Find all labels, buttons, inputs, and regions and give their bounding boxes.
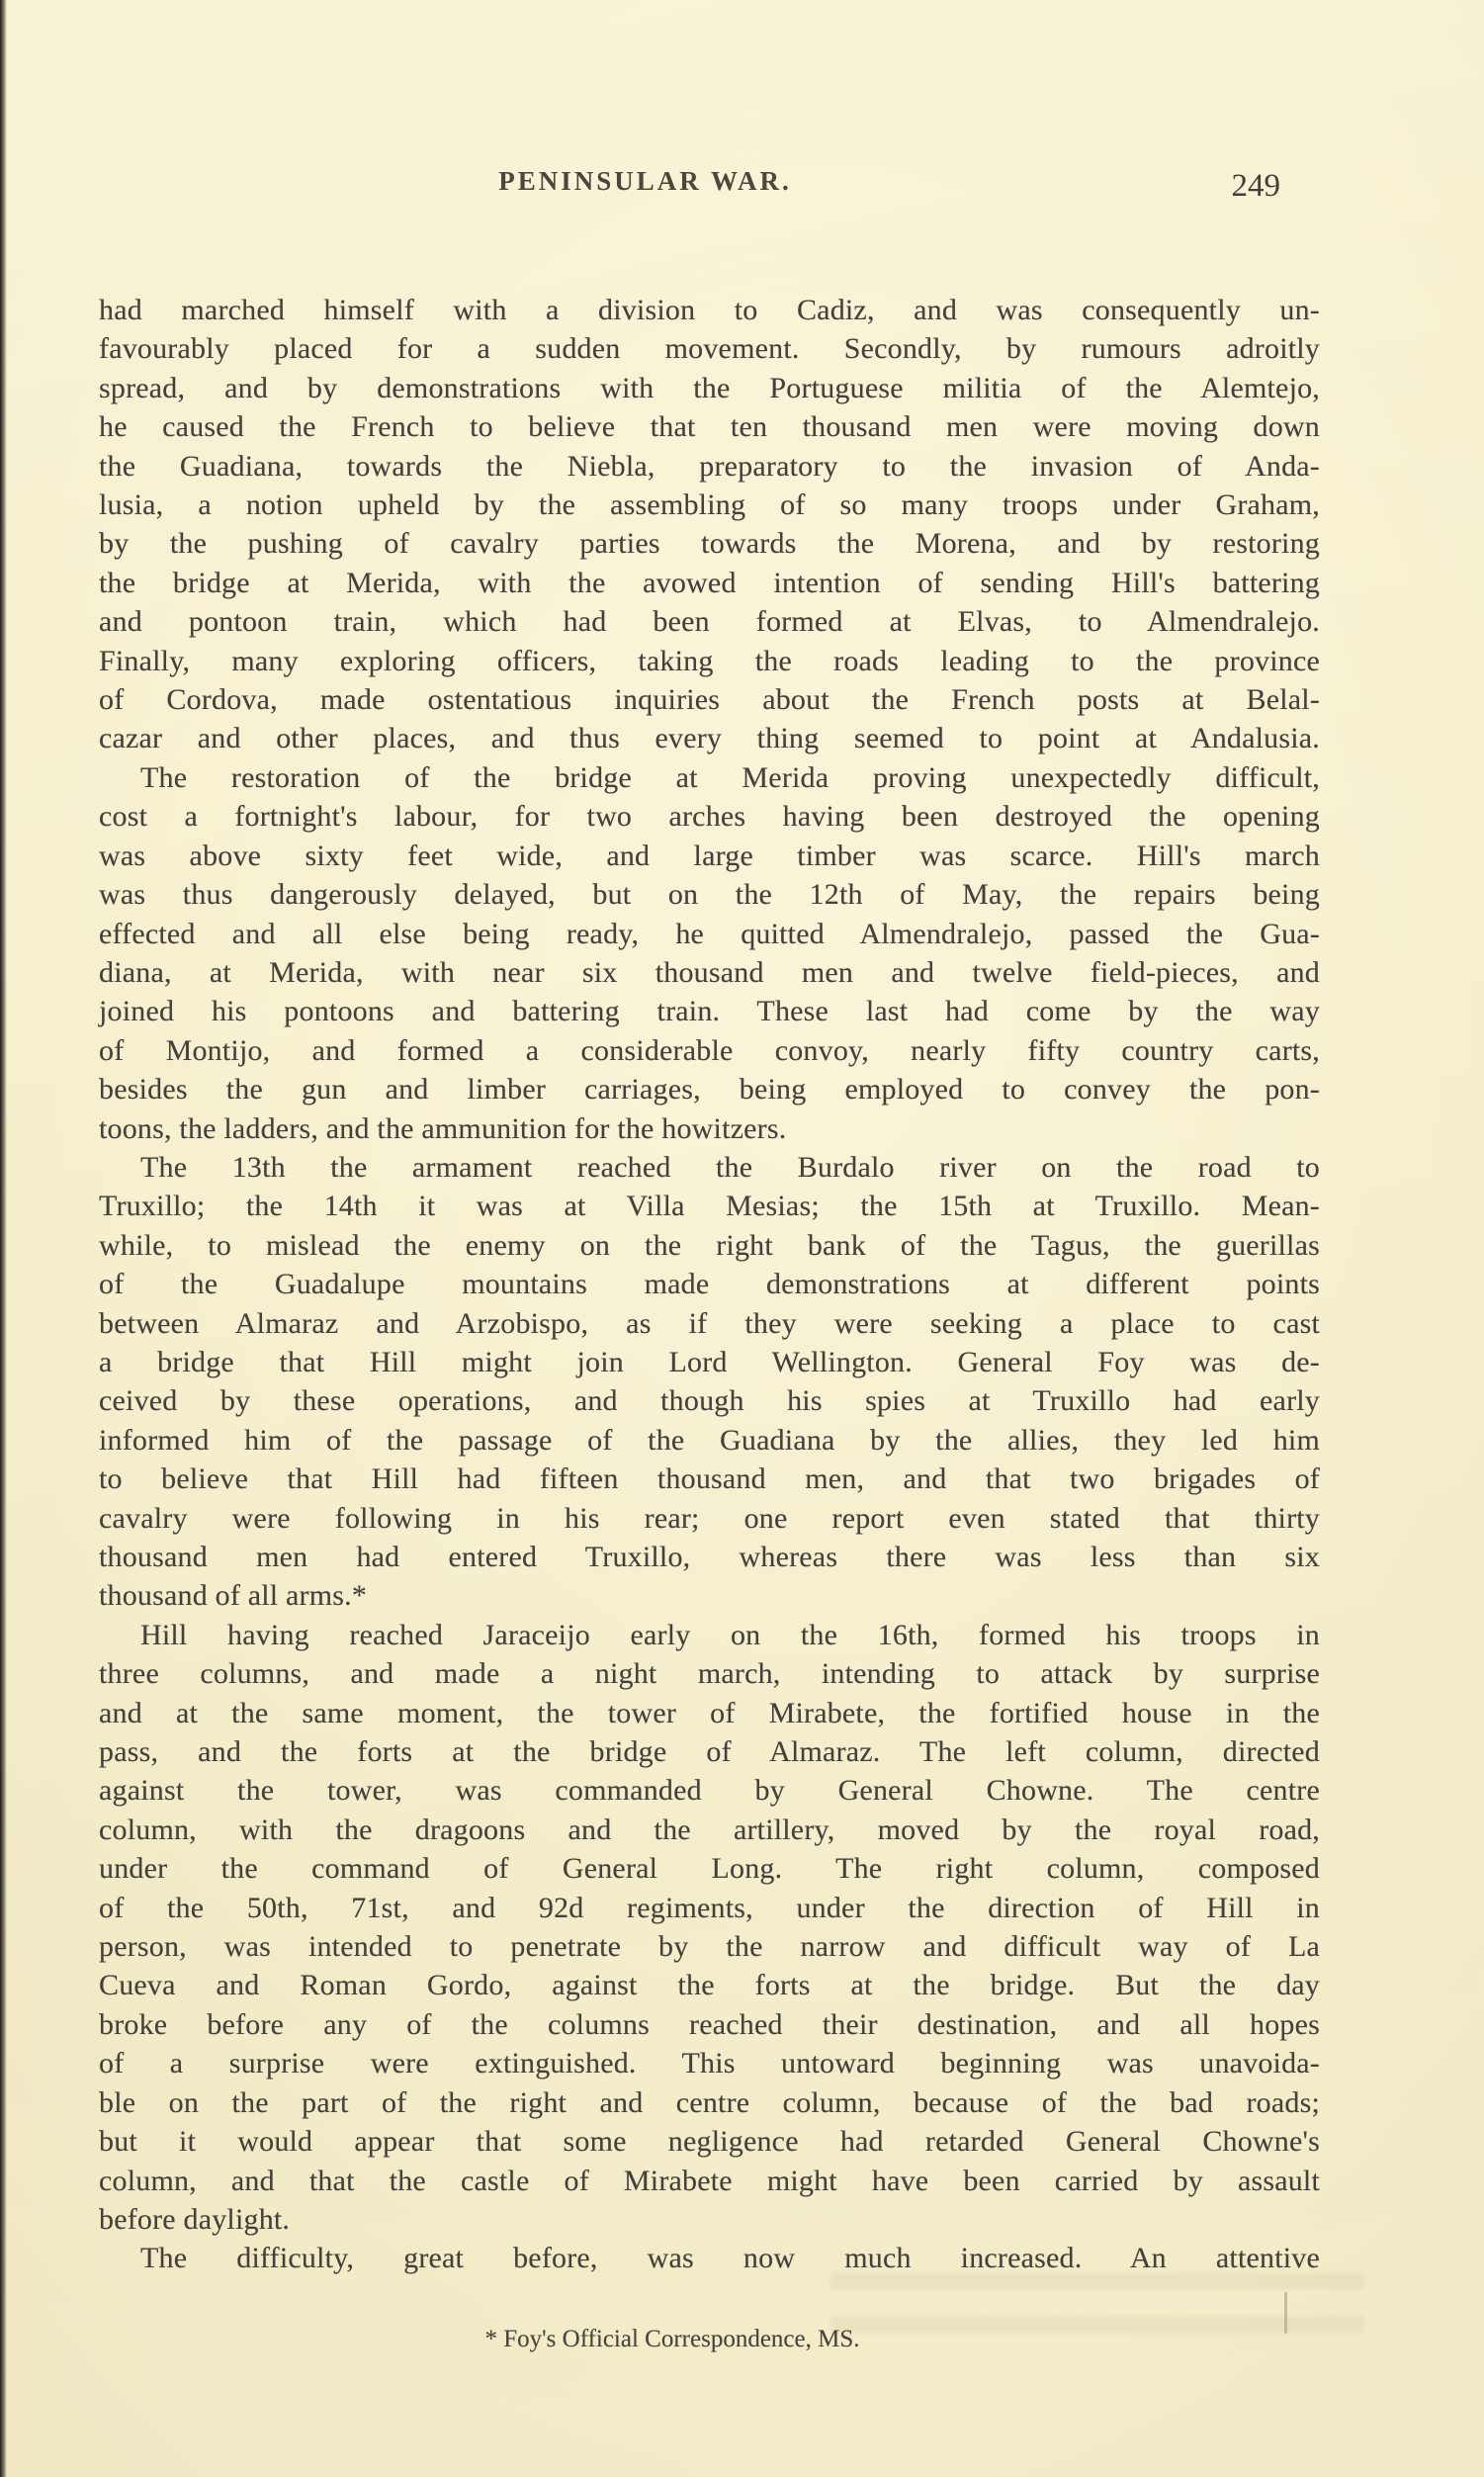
text-line: under the command of General Long. The r… bbox=[99, 1849, 1320, 1888]
text-line: between Almaraz and Arzobispo, as if the… bbox=[99, 1304, 1320, 1343]
page-header: PENINSULAR WAR. 249 bbox=[99, 166, 1320, 216]
text-line: pass, and the forts at the bridge of Alm… bbox=[99, 1732, 1320, 1771]
text-line: lusia, a notion upheld by the assembling… bbox=[99, 486, 1320, 524]
text-line: he caused the French to believe that ten… bbox=[99, 407, 1320, 446]
scan-edge bbox=[0, 0, 7, 2477]
scan-artifact bbox=[1284, 2292, 1287, 2334]
text-line: column, with the dragoons and the artill… bbox=[99, 1811, 1320, 1849]
text-line: Cueva and Roman Gordo, against the forts… bbox=[99, 1966, 1320, 2004]
text-line: of the 50th, 71st, and 92d regiments, un… bbox=[99, 1889, 1320, 1927]
text-line: favourably placed for a sudden movement.… bbox=[99, 329, 1320, 368]
text-line: spread, and by demonstrations with the P… bbox=[99, 369, 1320, 407]
text-line: The restoration of the bridge at Merida … bbox=[99, 758, 1320, 797]
text-line: against the tower, was commanded by Gene… bbox=[99, 1771, 1320, 1810]
text-line: effected and all else being ready, he qu… bbox=[99, 915, 1320, 953]
text-line: was above sixty feet wide, and large tim… bbox=[99, 837, 1320, 875]
text-line: while, to mislead the enemy on the right… bbox=[99, 1226, 1320, 1265]
text-line: cazar and other places, and thus every t… bbox=[99, 719, 1320, 757]
text-line: Truxillo; the 14th it was at Villa Mesia… bbox=[99, 1187, 1320, 1225]
footnote: * Foy's Official Correspondence, MS. bbox=[99, 2326, 1246, 2353]
text-line: before daylight. bbox=[99, 2200, 1320, 2239]
text-line: and pontoon train, which had been formed… bbox=[99, 602, 1320, 641]
text-line: joined his pontoons and battering train.… bbox=[99, 992, 1320, 1030]
text-line: besides the gun and limber carriages, be… bbox=[99, 1070, 1320, 1108]
text-line: informed him of the passage of the Guadi… bbox=[99, 1421, 1320, 1460]
text-line: of Cordova, made ostentatious inquiries … bbox=[99, 680, 1320, 719]
book-page: PENINSULAR WAR. 249 had marched himself … bbox=[0, 0, 1484, 2477]
text-line: Finally, many exploring officers, taking… bbox=[99, 642, 1320, 680]
page-body: had marched himself with a division to C… bbox=[99, 291, 1320, 2278]
text-line: the bridge at Merida, with the avowed in… bbox=[99, 564, 1320, 602]
text-line: Hill having reached Jaraceijo early on t… bbox=[99, 1616, 1320, 1654]
text-line: thousand of all arms.* bbox=[99, 1576, 1320, 1615]
text-line: toons, the ladders, and the ammunition f… bbox=[99, 1109, 1320, 1148]
text-line: to believe that Hill had fifteen thousan… bbox=[99, 1460, 1320, 1498]
text-line: of Montijo, and formed a considerable co… bbox=[99, 1031, 1320, 1070]
text-line: a bridge that Hill might join Lord Welli… bbox=[99, 1343, 1320, 1381]
text-line: of the Guadalupe mountains made demonstr… bbox=[99, 1265, 1320, 1303]
text-line: of a surprise were extinguished. This un… bbox=[99, 2044, 1320, 2082]
text-line: and at the same moment, the tower of Mir… bbox=[99, 1694, 1320, 1732]
text-line: person, was intended to penetrate by the… bbox=[99, 1927, 1320, 1966]
text-line: ceived by these operations, and though h… bbox=[99, 1381, 1320, 1420]
running-title: PENINSULAR WAR. bbox=[99, 166, 1191, 197]
text-line: had marched himself with a division to C… bbox=[99, 291, 1320, 329]
text-line: cavalry were following in his rear; one … bbox=[99, 1499, 1320, 1538]
text-line: by the pushing of cavalry parties toward… bbox=[99, 524, 1320, 563]
text-line: The 13th the armament reached the Burdal… bbox=[99, 1148, 1320, 1187]
text-line: diana, at Merida, with near six thousand… bbox=[99, 953, 1320, 992]
text-line: ble on the part of the right and centre … bbox=[99, 2083, 1320, 2122]
text-line: was thus dangerously delayed, but on the… bbox=[99, 875, 1320, 914]
text-line: but it would appear that some negligence… bbox=[99, 2122, 1320, 2161]
page-number: 249 bbox=[1232, 168, 1281, 205]
text-line: three columns, and made a night march, i… bbox=[99, 1654, 1320, 1693]
text-line: thousand men had entered Truxillo, where… bbox=[99, 1538, 1320, 1576]
text-line: cost a fortnight's labour, for two arche… bbox=[99, 797, 1320, 836]
text-line: the Guadiana, towards the Niebla, prepar… bbox=[99, 447, 1320, 486]
text-line: broke before any of the columns reached … bbox=[99, 2005, 1320, 2044]
text-line: column, and that the castle of Mirabete … bbox=[99, 2162, 1320, 2200]
